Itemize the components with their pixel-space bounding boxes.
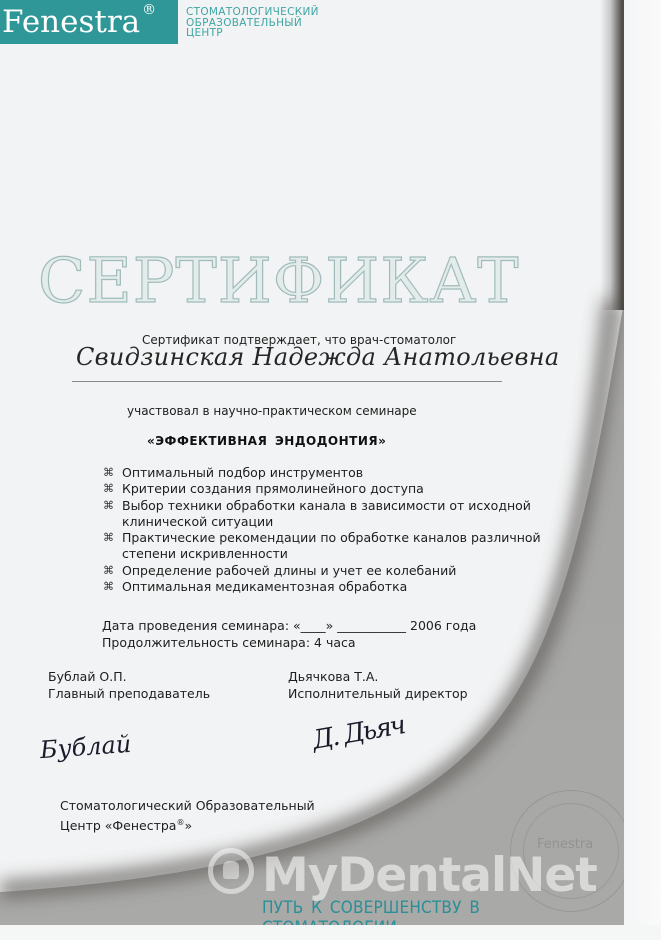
signatory-role: Главный преподаватель <box>48 685 210 702</box>
organization-name: Стоматологический Образовательный Центр … <box>60 797 315 834</box>
registered-mark: ® <box>142 2 156 18</box>
list-item: ⌘Выбор техники обработки канала в зависи… <box>103 498 573 531</box>
signatory-name: Бублай О.П. <box>48 668 210 685</box>
signatory-name: Дьячкова Т.А. <box>288 668 468 685</box>
list-item: ⌘Оптимальный подбор инструментов <box>103 465 573 481</box>
name-underline <box>72 381 502 382</box>
certificate-page: Fenestra® Стоматологический образователь… <box>0 0 624 925</box>
list-item: ⌘Оптимальная медикаментозная обработка <box>103 579 573 595</box>
recipient-name: Свидзинская Надежда Анатольевна <box>76 343 559 371</box>
topic-text: Выбор техники обработки канала в зависим… <box>122 498 531 529</box>
command-key-icon: ⌘ <box>103 481 114 497</box>
logo-text: Fenestra <box>2 4 140 40</box>
topic-text: Практические рекомендации по обработке к… <box>122 530 541 561</box>
watermark-text: MyDentalNet <box>262 848 597 903</box>
logo-subtitle-line: центр <box>186 28 386 39</box>
command-key-icon: ⌘ <box>103 498 114 514</box>
page-edge-shadow <box>600 0 624 310</box>
organization-line: Центр «Фенестра®» <box>60 814 315 834</box>
watermark: MyDentalNet <box>212 848 597 903</box>
topic-text: Оптимальный подбор инструментов <box>122 465 363 480</box>
organization-line: Стоматологический Образовательный <box>60 797 315 814</box>
signatory-right: Дьячкова Т.А. Исполнительный директор <box>288 668 468 702</box>
seminar-date: Дата проведения семинара: «____» _______… <box>102 618 476 633</box>
signatory-left: Бублай О.П. Главный преподаватель <box>48 668 210 702</box>
logo-subtitle: Стоматологический образовательный центр <box>186 7 386 39</box>
scan-margin-right <box>624 0 661 940</box>
list-item: ⌘Критерии создания прямолинейного доступ… <box>103 481 573 497</box>
certificate-title: СЕРТИФИКАТ <box>38 246 598 316</box>
tagline: ПУТЬ К СОВЕРШЕНСТВУ В СТОМАТОЛОГИИ <box>262 898 588 925</box>
topic-text: Критерии создания прямолинейного доступа <box>122 481 424 496</box>
seminar-duration: Продолжительность семинара: 4 часа <box>102 635 356 650</box>
topic-text: Определение рабочей длины и учет ее коле… <box>122 563 456 578</box>
command-key-icon: ⌘ <box>103 579 114 595</box>
topics-list: ⌘Оптимальный подбор инструментов ⌘Критер… <box>103 465 573 595</box>
participated-text: участвовал в научно-практическом семинар… <box>127 404 417 418</box>
signatory-role: Исполнительный директор <box>288 685 468 702</box>
scan-margin-bottom <box>0 925 661 940</box>
fenestra-logo: Fenestra® <box>0 0 178 44</box>
command-key-icon: ⌘ <box>103 530 114 546</box>
org-name-text: Центр «Фенестра <box>60 818 176 833</box>
list-item: ⌘Определение рабочей длины и учет ее кол… <box>103 563 573 579</box>
command-key-icon: ⌘ <box>103 465 114 481</box>
list-item: ⌘Практические рекомендации по обработке … <box>103 530 573 563</box>
topic-text: Оптимальная медикаментозная обработка <box>122 579 407 594</box>
decorative-wave <box>0 0 624 925</box>
logo-subtitle-line: Стоматологический <box>186 7 386 18</box>
seminar-title: «ЭФФЕКТИВНАЯ ЭНДОДОНТИЯ» <box>147 434 386 448</box>
command-key-icon: ⌘ <box>103 563 114 579</box>
org-name-suffix: » <box>184 818 192 833</box>
